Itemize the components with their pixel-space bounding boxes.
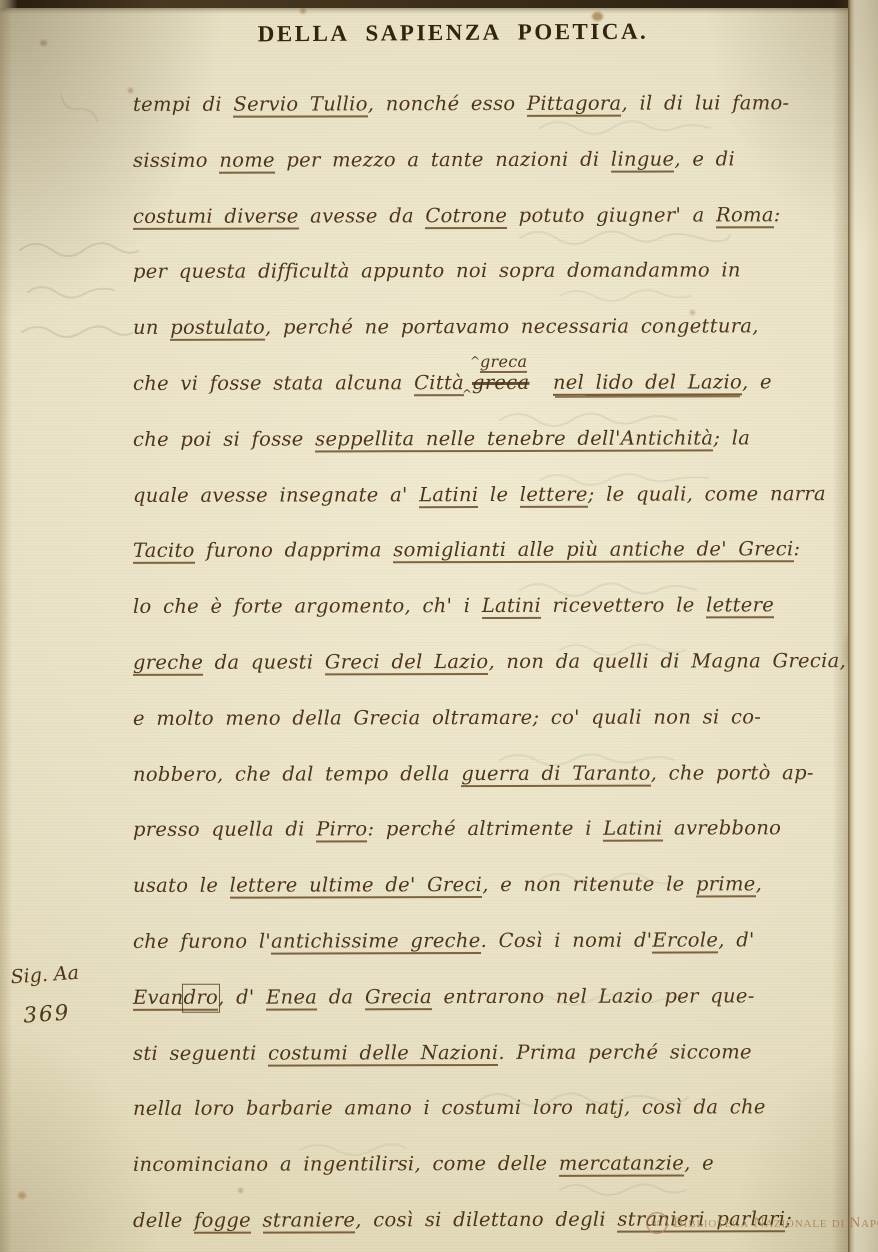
manuscript-line: Tacito furono dapprima somiglianti alle … xyxy=(133,521,849,579)
text-run: , xyxy=(756,872,763,895)
manuscript-text-block: tempi di Servio Tullio, nonché esso Pitt… xyxy=(133,76,849,1248)
underlined-phrase: Città xyxy=(414,371,464,396)
text-run: per questa difficultà appunto noi sopra … xyxy=(133,259,741,284)
manuscript-line: che poi si fosse seppellita nelle tenebr… xyxy=(133,410,849,468)
manuscript-line: un postulato, perché ne portavamo necess… xyxy=(133,298,849,356)
text-run: potuto giugner' a xyxy=(507,203,716,227)
underlined-phrase: lettere ultime de' Greci xyxy=(230,873,483,899)
manuscript-line: per questa difficultà appunto noi sopra … xyxy=(133,242,849,300)
text-run: nella loro barbarie amano i costumi loro… xyxy=(133,1096,766,1121)
foxing-spot xyxy=(300,8,306,14)
underlined-phrase: mercatanzie xyxy=(559,1152,684,1177)
text-run: avrebbono xyxy=(662,817,781,840)
underlined-phrase: Latini xyxy=(419,483,478,508)
underlined-phrase: Pirro xyxy=(316,818,367,843)
underlined-phrase: postulato xyxy=(170,316,265,341)
underlined-phrase: Latini xyxy=(603,817,662,842)
manuscript-line: tempi di Servio Tullio, nonché esso Pitt… xyxy=(133,75,849,133)
text-run: , che portò ap- xyxy=(651,761,814,784)
left-page-shade xyxy=(0,0,12,1252)
manuscript-line: che vi fosse stata alcuna Città^grecagre… xyxy=(133,354,849,412)
text-run: le xyxy=(478,483,519,506)
text-run: da questi xyxy=(203,650,325,673)
text-run: , d' xyxy=(718,928,755,951)
text-run: avesse da xyxy=(299,204,426,227)
manuscript-line: nobbero, che dal tempo della guerra di T… xyxy=(133,745,849,803)
text-run: , non da quelli di Magna Grecia, xyxy=(488,649,846,673)
underlined-phrase: Tacito xyxy=(133,539,195,564)
underlined-phrase: costumi diverse xyxy=(133,204,299,229)
underlined-phrase: lettere xyxy=(706,593,774,618)
text-run: sti seguenti xyxy=(133,1041,268,1064)
text-run: ; la xyxy=(713,426,750,449)
text-run: , e xyxy=(684,1152,714,1175)
underlined-phrase: nel lido del Lazio xyxy=(553,370,742,395)
underlined-phrase: straniere xyxy=(262,1208,355,1233)
manuscript-line: usato le lettere ultime de' Greci, e non… xyxy=(133,856,849,914)
text-run: per mezzo a tante nazioni di xyxy=(275,147,611,171)
text-run: entrarono nel Lazio per que- xyxy=(432,984,755,1008)
manuscript-line: costumi diverse avesse da Cotrone potuto… xyxy=(133,187,849,245)
text-run: : perché altrimente i xyxy=(367,817,603,841)
manuscript-line: greche da questi Greci del Lazio, non da… xyxy=(133,633,849,691)
manuscript-line: sti seguenti costumi delle Nazioni. Prim… xyxy=(133,1024,849,1082)
underlined-phrase: dro xyxy=(184,985,219,1010)
underlined-phrase: fogge xyxy=(194,1209,251,1234)
underlined-phrase: Greci del Lazio xyxy=(325,650,489,675)
manuscript-line: e molto meno della Grecia oltramare; co'… xyxy=(133,689,849,747)
library-stamp-label: Biblioteca Nazionale di Napoli xyxy=(673,1215,878,1232)
underlined-phrase: costumi delle Nazioni xyxy=(268,1041,498,1067)
underlined-phrase: guerra di Taranto xyxy=(461,761,650,786)
manuscript-line: sissimo nome per mezzo a tante nazioni d… xyxy=(133,131,849,189)
caret-mark: ^ xyxy=(470,354,480,368)
underlined-phrase: prime xyxy=(696,872,756,897)
text-run: presso quella di xyxy=(133,818,316,841)
text-run: quale avesse insegnate a' xyxy=(133,483,419,507)
underlined-phrase: Pittagora xyxy=(527,92,622,117)
text-run: , il di lui famo- xyxy=(621,91,789,114)
text-run: ; le quali, come narra xyxy=(588,482,826,506)
text-run xyxy=(251,1209,263,1232)
underlined-phrase: Evan xyxy=(133,986,184,1011)
next-leaf-edge xyxy=(848,0,878,1252)
book-binding-edge xyxy=(0,0,878,8)
text-run: , perché ne portavamo necessaria congett… xyxy=(265,314,759,338)
underlined-phrase: Roma xyxy=(716,203,774,228)
library-stamp: BN Biblioteca Nazionale di Napoli xyxy=(646,1211,878,1235)
text-run: sissimo xyxy=(133,149,219,172)
manuscript-line: che furono l'antichissime greche. Così i… xyxy=(133,912,849,970)
caret-mark: ^ xyxy=(462,387,472,401)
text-run: : xyxy=(774,203,781,226)
text-run: che furono l' xyxy=(133,930,271,953)
text-run: , nonché esso xyxy=(368,92,527,115)
text-run: , e di xyxy=(674,147,735,170)
text-run: , e non ritenute le xyxy=(482,873,696,897)
manuscript-scan-page: DELLA SAPIENZA POETICA. Sig. Aa 369 temp… xyxy=(0,0,878,1252)
underlined-phrase: Grecia xyxy=(365,985,432,1010)
inserted-word: greca xyxy=(480,352,527,373)
foxing-spot xyxy=(18,1192,26,1199)
text-run: . Così i nomi d' xyxy=(481,929,653,952)
text-run: incominciano a ingentilirsi, come delle xyxy=(133,1152,559,1176)
text-run: , d' xyxy=(218,985,266,1008)
text-run: un xyxy=(133,316,170,339)
underlined-phrase: Ercole xyxy=(652,928,718,953)
margin-signature-note: Sig. Aa 369 xyxy=(10,962,83,1030)
underlined-phrase: greche xyxy=(133,651,203,676)
underlined-phrase: nome xyxy=(219,148,275,173)
underlined-phrase: Latini xyxy=(482,594,541,619)
manuscript-line: presso quella di Pirro: perché altriment… xyxy=(133,800,849,858)
library-monogram-icon: BN xyxy=(646,1212,668,1234)
text-run: da xyxy=(317,985,365,1008)
text-run: ricevettero le xyxy=(541,594,706,617)
manuscript-line: quale avesse insegnate a' Latini le lett… xyxy=(133,466,849,524)
struck-word: greca xyxy=(472,371,529,394)
underlined-phrase: seppellita nelle tenebre dell'Antichità xyxy=(315,426,713,452)
text-run: : xyxy=(793,538,800,561)
text-run: che poi si fosse xyxy=(133,427,315,450)
text-run: furono dapprima xyxy=(195,539,394,563)
chapter-title: DELLA SAPIENZA POETICA. xyxy=(14,17,878,49)
manuscript-line: lo che è forte argomento, ch' i Latini r… xyxy=(133,577,849,635)
text-run: e molto meno della Grecia oltramare; co'… xyxy=(133,705,761,730)
manuscript-line: nella loro barbarie amano i costumi loro… xyxy=(133,1079,849,1137)
underlined-phrase: Cotrone xyxy=(425,204,507,229)
text-run: tempi di xyxy=(133,93,233,116)
text-run: che vi fosse stata alcuna xyxy=(133,371,414,395)
text-run: lo che è forte argomento, ch' i xyxy=(133,594,482,618)
folio-number: 369 xyxy=(13,1000,83,1030)
text-run: nobbero, che dal tempo della xyxy=(133,762,461,786)
text-run: . Prima perché siccome xyxy=(498,1040,751,1064)
text-run: delle xyxy=(133,1209,194,1232)
text-run xyxy=(541,371,553,394)
text-run: usato le xyxy=(133,874,230,897)
manuscript-line: Evandro, d' Enea da Grecia entrarono nel… xyxy=(133,968,849,1026)
underlined-phrase: lettere xyxy=(520,482,588,507)
underlined-phrase: lingue xyxy=(611,147,674,172)
correction-group: ^grecagreca^ xyxy=(472,371,529,394)
text-run: , e xyxy=(742,370,772,393)
signature-mark: Sig. Aa xyxy=(10,962,80,989)
manuscript-line: incominciano a ingentilirsi, come delle … xyxy=(133,1135,849,1193)
text-run: , così si dilettano degli xyxy=(355,1208,617,1232)
underlined-phrase: somiglianti alle più antiche de' Greci xyxy=(393,538,793,564)
underlined-phrase: Enea xyxy=(266,985,317,1010)
underlined-phrase: Servio Tullio xyxy=(233,92,367,117)
underlined-phrase: antichissime greche xyxy=(271,929,481,955)
